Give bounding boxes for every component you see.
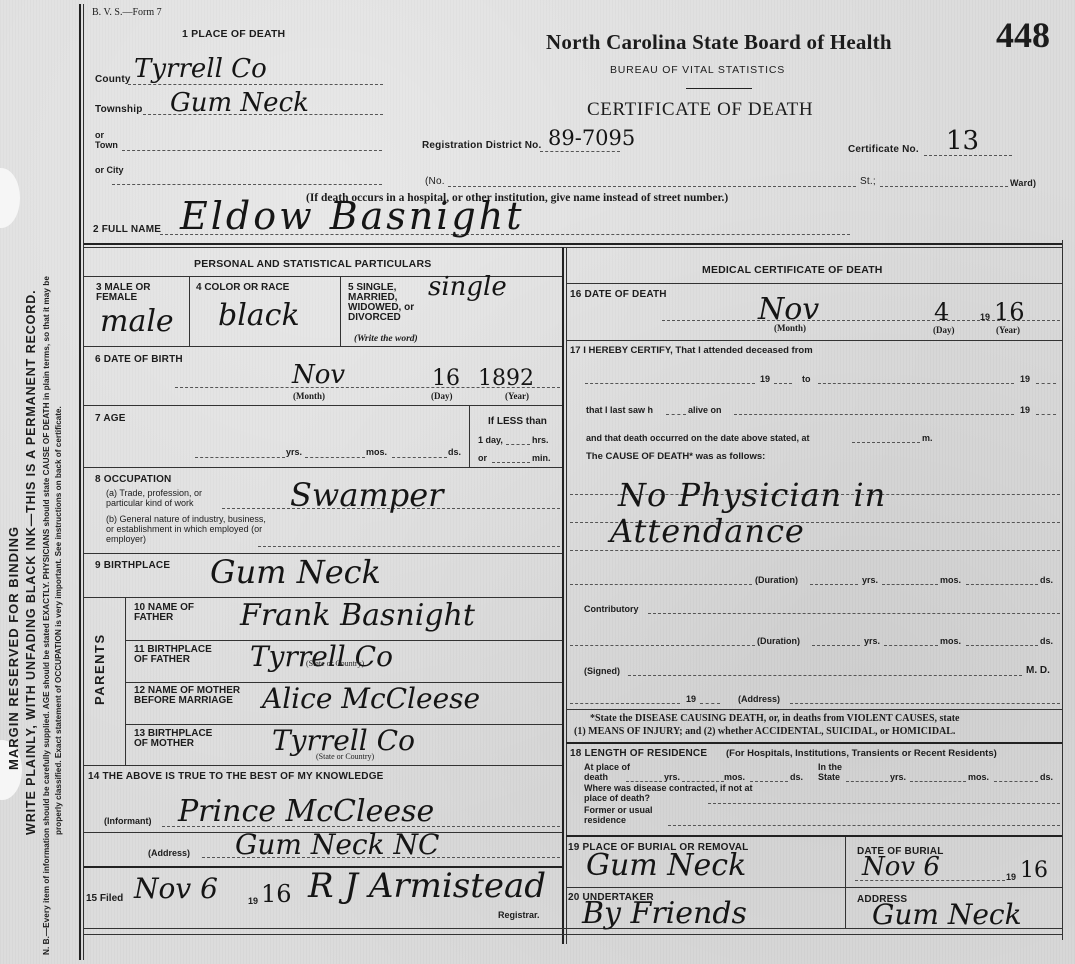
duration-yrs-line	[810, 584, 858, 585]
age-less-hrs: hrs.	[532, 435, 549, 445]
disease-contracted-line	[708, 803, 1060, 804]
full-name-value: Eldow Basnight	[180, 194, 524, 238]
dod-label: 16 DATE OF DEATH	[570, 289, 667, 300]
full-name-label: 2 FULL NAME	[93, 224, 161, 235]
header-divider	[84, 243, 1062, 245]
cell-divider	[469, 405, 470, 467]
informant-label: (Informant)	[104, 816, 152, 826]
residence-state-ds: ds.	[1040, 772, 1053, 782]
last-saw-label: that I last saw h	[586, 405, 653, 415]
margin-instructions-line2: properly classified. Exact statement of …	[54, 406, 63, 835]
dod-month: Nov	[758, 292, 819, 327]
attended-to-year: 19	[1020, 374, 1030, 384]
form-right-border	[1062, 240, 1063, 940]
row-rule	[84, 346, 562, 347]
birthplace-label: 9 BIRTHPLACE	[95, 560, 170, 571]
residence-at-place-label: At place of death	[584, 762, 634, 782]
residence-place-ds: ds.	[790, 772, 803, 782]
row-rule	[566, 742, 1062, 744]
informant-heading: 14 THE ABOVE IS TRUE TO THE BEST OF MY K…	[88, 771, 384, 782]
death-time-line	[852, 442, 920, 443]
center-divider	[562, 247, 564, 944]
registration-district-label: Registration District No.	[422, 140, 541, 151]
row-rule	[566, 887, 1062, 888]
dod-year-caption: (Year)	[996, 325, 1020, 335]
page-number: 448	[996, 14, 1050, 56]
filed-year-prefix: 19	[248, 896, 258, 906]
undertaker-value: By Friends	[582, 896, 747, 931]
duration-yrs-line-2	[812, 645, 860, 646]
age-ds-line	[392, 457, 447, 458]
county-value: Tyrrell Co	[134, 54, 267, 84]
attended-to-year-line	[1036, 383, 1056, 384]
informant-address-label: (Address)	[148, 848, 190, 858]
parents-divider	[125, 597, 126, 765]
city-line	[112, 184, 382, 185]
town-line	[122, 150, 382, 151]
signed-line	[628, 675, 1022, 676]
ward-line	[880, 186, 1008, 187]
alive-on-line	[734, 414, 1014, 415]
parents-label: PARENTS	[92, 633, 107, 705]
residence-place-yrs: yrs.	[664, 772, 680, 782]
father-name-value: Frank Basnight	[240, 598, 475, 633]
mother-name-value: Alice McCleese	[262, 682, 480, 715]
cause-of-death-line1: No Physician in	[618, 476, 886, 514]
former-residence-label: Former or usual residence	[584, 805, 674, 825]
death-certificate-page: MARGIN RESERVED FOR BINDING WRITE PLAINL…	[0, 0, 1075, 964]
duration-mos-1: mos.	[940, 575, 961, 585]
occupation-label: 8 OCCUPATION	[95, 474, 171, 485]
cell-divider	[189, 276, 190, 346]
age-less-min: min.	[532, 453, 551, 463]
certify-label: 17 I HEREBY CERTIFY, That I attended dec…	[570, 346, 813, 356]
certificate-number-value: 13	[946, 126, 979, 156]
occupation-value: Swamper	[290, 476, 443, 514]
header-divider-2	[84, 247, 1062, 248]
mother-state-caption: (State or Country)	[316, 752, 374, 761]
dod-day: 4	[934, 298, 949, 326]
occupation-b-line	[258, 546, 560, 547]
contributory-label: Contributory	[584, 604, 639, 614]
last-saw-line	[666, 414, 686, 415]
county-label: County	[95, 74, 131, 85]
duration-ds-line-2	[966, 645, 1038, 646]
registrar-label: Registrar.	[498, 910, 540, 920]
dob-month: Nov	[292, 360, 345, 390]
signed-year-prefix: 19	[686, 694, 696, 704]
filed-year: 16	[261, 880, 292, 908]
duration-line-2	[570, 645, 755, 646]
row-rule	[566, 835, 1062, 837]
duration-yrs-2: yrs.	[864, 636, 880, 646]
residence-state-mos: mos.	[968, 772, 989, 782]
age-ds-label: ds.	[448, 447, 461, 457]
dob-day: 16	[432, 366, 460, 391]
residence-state-yrs-line	[846, 781, 888, 782]
undertaker-address-value: Gum Neck	[872, 898, 1022, 931]
dob-month-caption: (Month)	[293, 391, 325, 401]
age-yrs-line	[195, 457, 285, 458]
duration-label-2: (Duration)	[757, 636, 800, 646]
dod-day-caption: (Day)	[933, 325, 955, 335]
board-title: North Carolina State Board of Health	[546, 30, 892, 55]
age-min-line	[492, 462, 530, 463]
cause-of-death-line2: Attendance	[610, 512, 805, 550]
street-label: St.;	[860, 176, 876, 187]
age-less-or: or	[478, 453, 487, 463]
filed-date: Nov 6	[134, 872, 218, 905]
contributory-line	[648, 613, 1060, 614]
physician-address-label: (Address)	[738, 694, 780, 704]
cause-label: The CAUSE OF DEATH* was as follows:	[586, 452, 765, 462]
residence-place-ds-line	[750, 781, 788, 782]
filed-label: 15 Filed	[86, 894, 123, 904]
form-id: B. V. S.—Form 7	[92, 7, 162, 18]
duration-mos-line-2	[884, 645, 938, 646]
alive-on-year: 19	[1020, 405, 1030, 415]
dob-year-caption: (Year)	[505, 391, 529, 401]
race-value: black	[218, 298, 300, 333]
residence-state-mos-line	[910, 781, 966, 782]
duration-ds-line	[966, 584, 1038, 585]
occupation-a-label: (a) Trade, profession, or particular kin…	[106, 488, 241, 508]
occupation-b-label: (b) General nature of industry, business…	[106, 514, 266, 544]
residence-note: (For Hospitals, Institutions, Transients…	[726, 749, 997, 759]
age-less-label: If LESS than	[488, 417, 547, 427]
sex-value: male	[100, 304, 174, 339]
death-occurred-label: and that death occurred on the date abov…	[586, 433, 810, 443]
age-mos-line	[305, 457, 365, 458]
cause-line-3	[570, 550, 1060, 551]
duration-yrs-1: yrs.	[862, 575, 878, 585]
dob-day-caption: (Day)	[431, 391, 453, 401]
duration-mos-line	[882, 584, 938, 585]
age-mos-label: mos.	[366, 447, 387, 457]
street-line	[448, 186, 856, 187]
dod-month-caption: (Month)	[774, 323, 806, 333]
registrar-signature: R J Armistead	[308, 866, 546, 906]
duration-ds-2: ds.	[1040, 636, 1053, 646]
town-label: or Town	[95, 130, 125, 150]
informant-address-value: Gum Neck NC	[235, 828, 439, 861]
residence-place-mos-line	[682, 781, 724, 782]
bureau-title: BUREAU OF VITAL STATISTICS	[610, 64, 785, 76]
marital-status-value: single	[428, 272, 507, 302]
personal-section-title: PERSONAL AND STATISTICAL PARTICULARS	[194, 258, 431, 270]
mother-birthplace-label: 13 BIRTHPLACE OF MOTHER	[134, 729, 224, 749]
center-divider-2	[566, 247, 567, 944]
county-line	[128, 84, 383, 85]
former-residence-line	[668, 825, 1060, 826]
duration-ds-1: ds.	[1040, 575, 1053, 585]
dob-label: 6 DATE OF BIRTH	[95, 354, 183, 365]
form-left-border-inner	[83, 4, 84, 960]
father-birthplace-label: 11 BIRTHPLACE OF FATHER	[134, 645, 224, 665]
age-hrs-line	[506, 444, 530, 445]
city-label: or City	[95, 165, 125, 175]
margin-instructions-line1: N. B.—Every item of information should b…	[42, 276, 51, 955]
duration-line-1	[570, 584, 752, 585]
dod-year-prefix: 19	[980, 312, 990, 322]
title-rule	[686, 88, 752, 89]
registration-district-value: 89-7095	[548, 126, 635, 150]
mother-name-label: 12 NAME OF MOTHER BEFORE MARRIAGE	[134, 686, 264, 706]
place-of-death-heading: 1 PLACE OF DEATH	[182, 28, 285, 40]
residence-label: 18 LENGTH OF RESIDENCE	[570, 748, 707, 759]
cell-divider	[340, 276, 341, 346]
attended-to-label: to	[802, 374, 811, 384]
dod-year: 16	[994, 298, 1025, 326]
age-less-day: 1 day,	[478, 435, 503, 445]
burial-divider	[845, 837, 846, 929]
form-left-border	[79, 4, 81, 960]
marital-hint: (Write the word)	[354, 334, 418, 344]
informant-value: Prince McCleese	[178, 794, 434, 829]
marital-status-label: 5 SINGLE, MARRIED, WIDOWED, or DIVORCED	[348, 283, 428, 323]
signed-date-line	[570, 703, 680, 704]
certificate-title: CERTIFICATE OF DEATH	[587, 99, 813, 121]
binding-hole	[0, 168, 20, 228]
signed-label: (Signed)	[584, 666, 620, 676]
cause-footnote-2: (1) MEANS OF INJURY; and (2) whether ACC…	[574, 726, 955, 737]
attended-from-line	[585, 383, 755, 384]
death-time-m: m.	[922, 433, 933, 443]
disease-contracted-label: Where was disease contracted, if not at …	[584, 783, 764, 803]
race-label: 4 COLOR OR RACE	[196, 283, 289, 293]
township-value: Gum Neck	[170, 88, 309, 118]
attended-from-year-line	[774, 383, 792, 384]
residence-state-ds-line	[994, 781, 1038, 782]
margin-permanent-record-note: WRITE PLAINLY, WITH UNFADING BLACK INK—T…	[24, 289, 38, 835]
burial-place-value: Gum Neck	[586, 848, 746, 883]
father-birthplace-value: Tyrrell Co	[250, 640, 393, 673]
margin-binding-note: MARGIN RESERVED FOR BINDING	[6, 526, 21, 770]
row-rule	[566, 283, 1062, 284]
certificate-number-label: Certificate No.	[848, 144, 919, 155]
row-rule	[84, 765, 562, 766]
medical-section-title: MEDICAL CERTIFICATE OF DEATH	[702, 264, 883, 276]
age-yrs-label: yrs.	[286, 447, 302, 457]
bottom-rule-2	[84, 934, 1062, 935]
attended-to-line	[818, 383, 1014, 384]
row-rule	[566, 709, 1062, 710]
duration-mos-2: mos.	[940, 636, 961, 646]
burial-year: 16	[1020, 858, 1048, 883]
attended-from-year: 19	[760, 374, 770, 384]
burial-date-value: Nov 6	[862, 852, 940, 882]
residence-place-yrs-line	[626, 781, 662, 782]
physician-address-line	[790, 703, 1060, 704]
burial-year-prefix: 19	[1006, 872, 1016, 882]
registration-line	[540, 151, 620, 152]
row-rule	[84, 405, 562, 406]
duration-label-1: (Duration)	[755, 575, 798, 585]
township-label: Township	[95, 104, 143, 115]
father-state-caption: (State or Country)	[306, 659, 364, 668]
residence-place-mos: mos.	[724, 772, 745, 782]
street-number-label: (No.	[425, 176, 445, 187]
residence-state-yrs: yrs.	[890, 772, 906, 782]
alive-on-year-line	[1036, 414, 1056, 415]
residence-in-state-label: In the State	[818, 762, 858, 782]
father-name-label: 10 NAME OF FATHER	[134, 603, 214, 623]
row-rule	[84, 467, 562, 468]
birthplace-value: Gum Neck	[210, 553, 381, 591]
alive-on-label: alive on	[688, 405, 722, 415]
age-label: 7 AGE	[95, 413, 126, 424]
dob-year: 1892	[478, 366, 534, 391]
md-label: M. D.	[1026, 666, 1050, 676]
ward-label: Ward)	[1010, 178, 1036, 188]
sex-label: 3 MALE OR FEMALE	[96, 283, 176, 303]
cause-footnote-1: *State the DISEASE CAUSING DEATH, or, in…	[590, 713, 960, 724]
row-rule	[566, 340, 1062, 341]
signed-year-line	[700, 703, 720, 704]
